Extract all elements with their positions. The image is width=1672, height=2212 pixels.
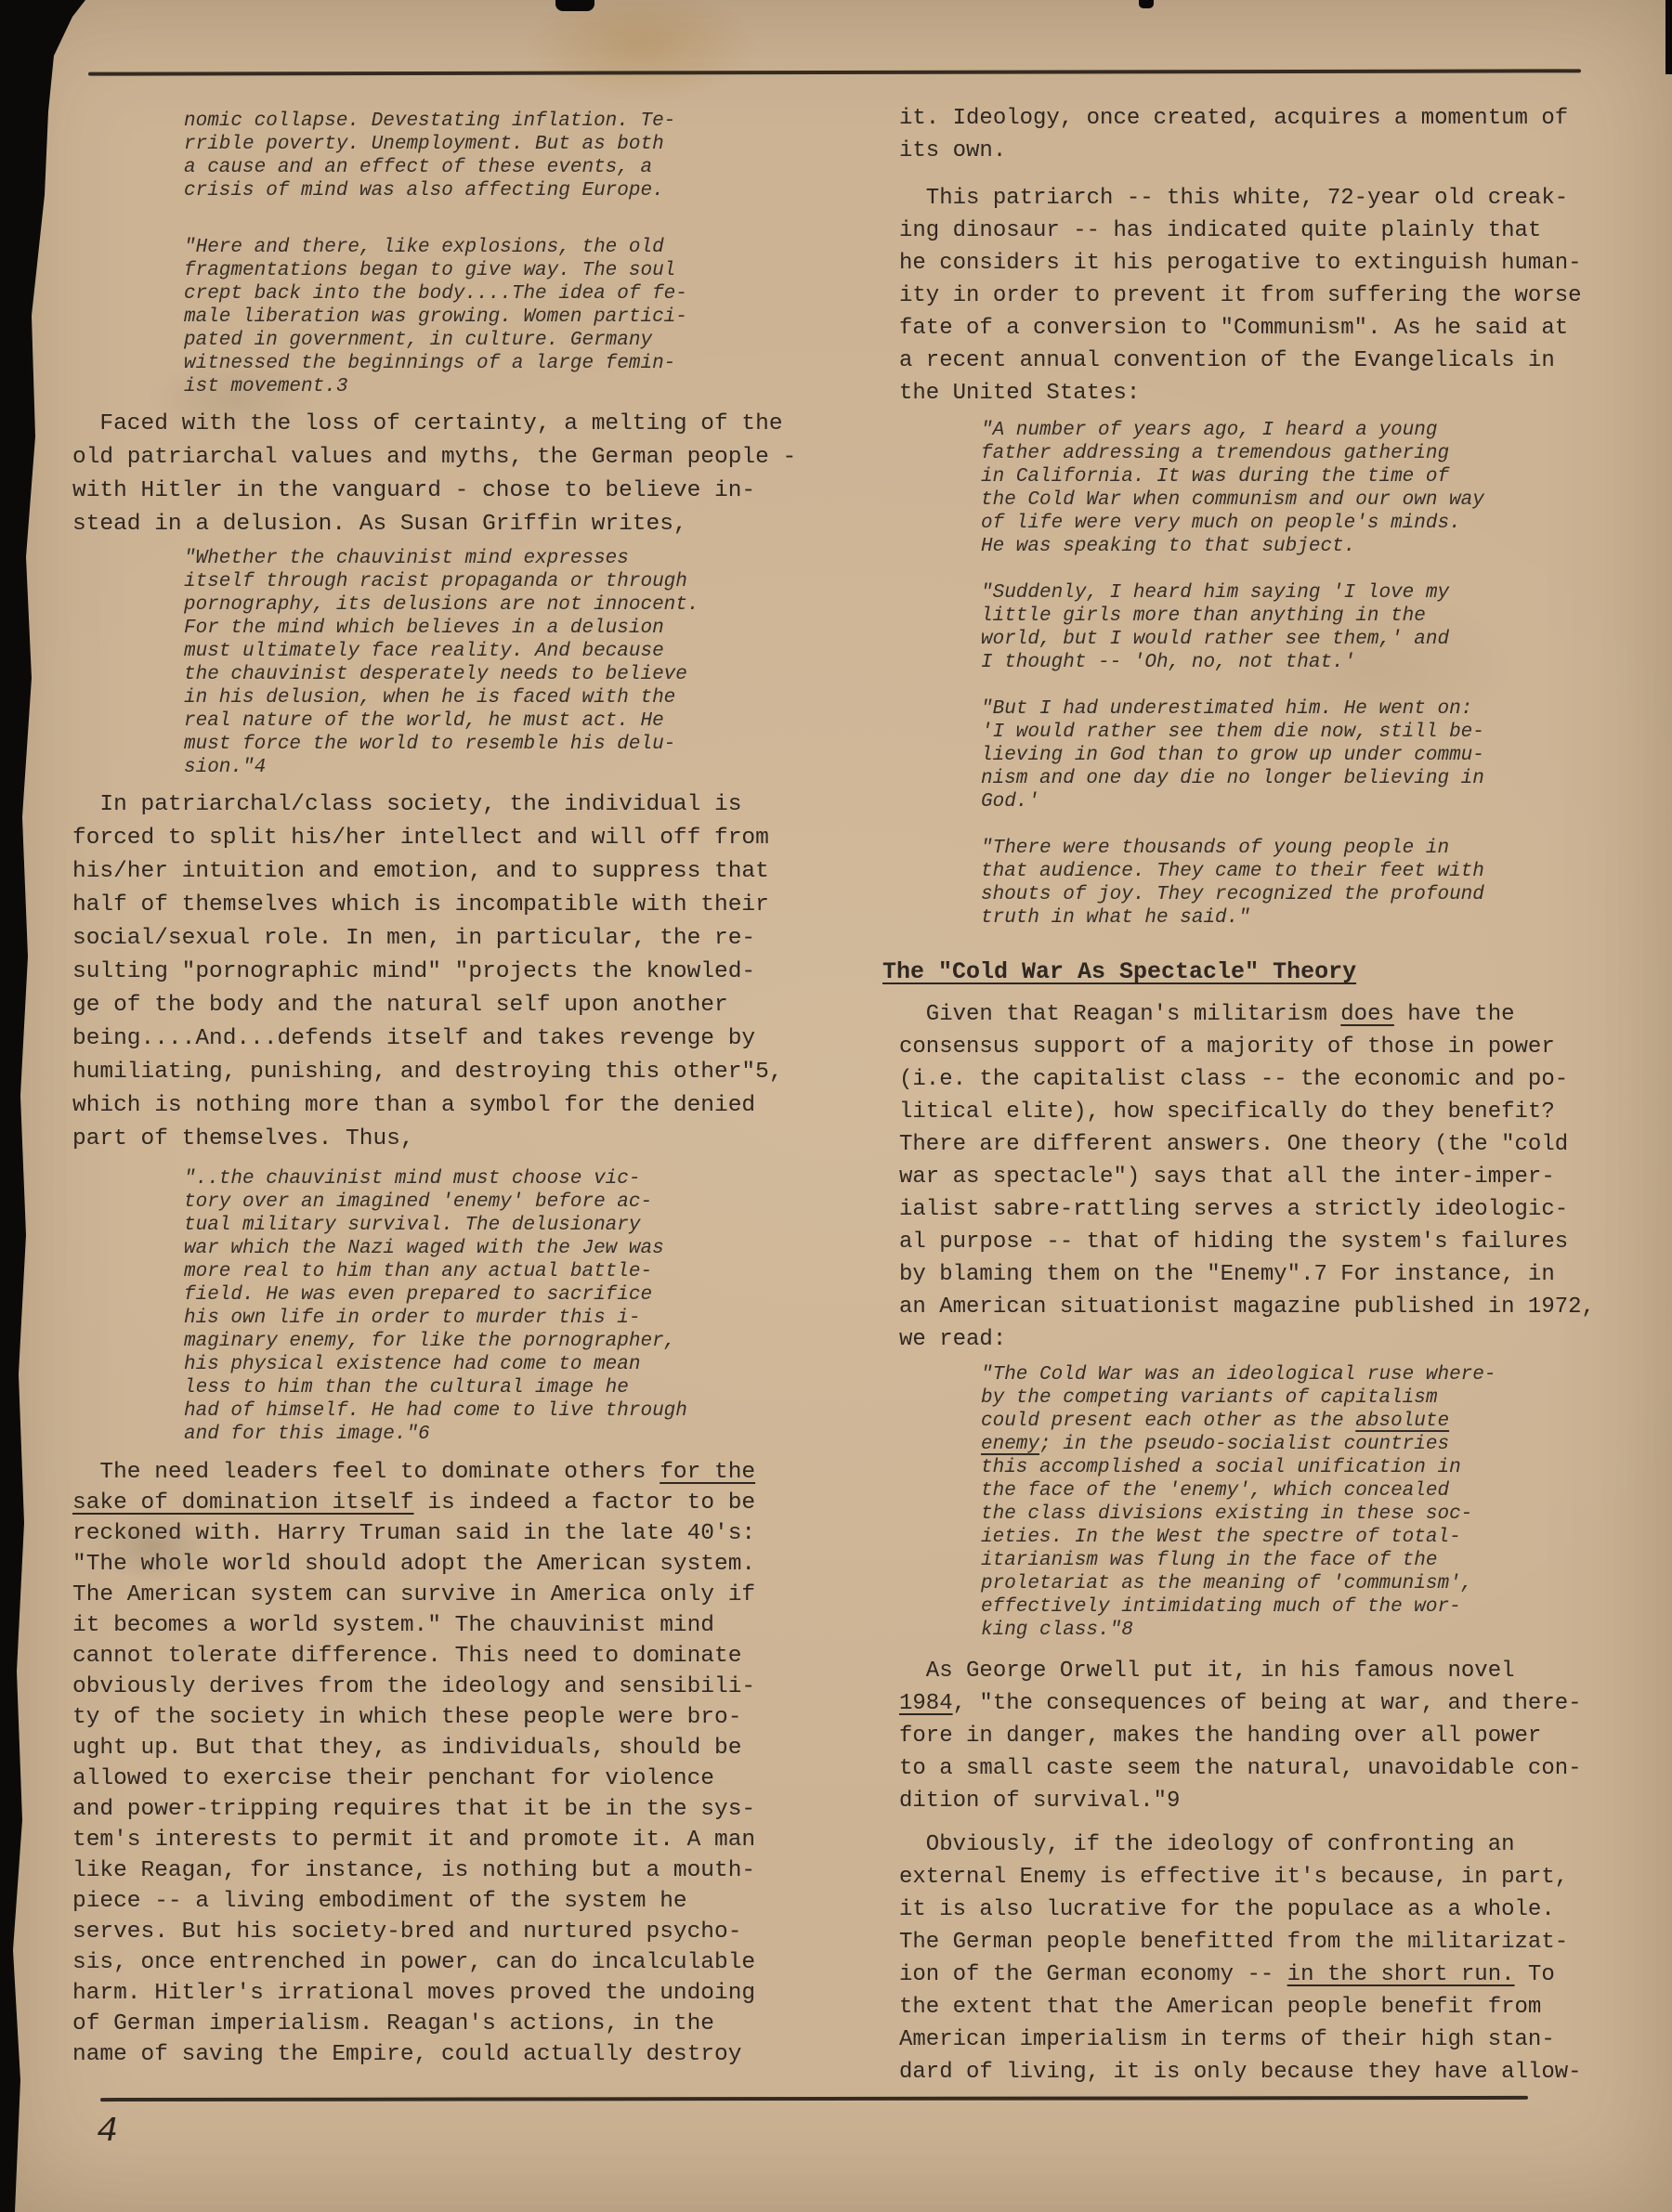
underlined-text: enemy — [981, 1434, 1039, 1455]
text-run: have the consensus support of a majority… — [899, 1002, 1595, 1352]
quote-whether-chauvinist: "Whether the chauvinist mind expresses i… — [184, 547, 827, 779]
scan-artifact-top-mark — [555, 0, 594, 11]
right-column: it. Ideology, once created, acquires a m… — [899, 102, 1619, 2088]
text-run: it. Ideology, once created, acquires a m… — [899, 106, 1568, 163]
underlined-text: The "Cold War As Spectacle" Theory — [882, 958, 1356, 985]
underlined-text: does — [1340, 1002, 1394, 1027]
text-run: "..the chauvinist mind must choose vic- … — [184, 1168, 687, 1445]
page-number: 4 — [97, 2112, 118, 2152]
para-patriarchal-class-society: In patriarchal/class society, the indivi… — [72, 788, 827, 1156]
bottom-rule — [100, 2096, 1528, 2101]
underlined-text: absolute — [1355, 1411, 1449, 1432]
text-run: Faced with the loss of certainty, a melt… — [72, 411, 796, 537]
quote-here-and-there: "Here and there, like explosions, the ol… — [184, 236, 827, 398]
underlined-text: 1984 — [899, 1691, 953, 1716]
text-run: "A number of years ago, I heard a young … — [981, 420, 1484, 929]
underlined-text: for the — [660, 1460, 755, 1485]
scan-artifact-corner-sliver — [1665, 0, 1672, 74]
text-run: "Here and there, like explosions, the ol… — [184, 237, 687, 397]
text-run: In patriarchal/class society, the indivi… — [72, 792, 783, 1152]
underlined-text: sake of domination itself — [72, 1490, 414, 1516]
scan-artifact-top-mark-small — [1139, 0, 1154, 8]
top-rule — [88, 69, 1581, 75]
text-run: As George Orwell put it, in his famous n… — [899, 1659, 1515, 1684]
para-faced-with-loss: Faced with the loss of certainty, a melt… — [72, 408, 827, 541]
text-run: nomic collapse. Devestating inflation. T… — [184, 111, 675, 202]
scanned-page: nomic collapse. Devestating inflation. T… — [0, 0, 1672, 2212]
text-run: This patriarch -- this white, 72-year ol… — [899, 186, 1582, 406]
para-obviously-external-enemy: Obviously, if the ideology of confrontin… — [899, 1828, 1619, 2088]
text-run: ; in the pseudo-socialist countries this… — [981, 1434, 1472, 1641]
text-run: , "the consequences of being at war, and… — [899, 1691, 1582, 1814]
para-need-leaders-dominate: The need leaders feel to dominate others… — [72, 1457, 827, 2070]
text-run: is indeed a factor to be reckoned with. … — [72, 1490, 755, 2067]
section-heading-cold-war-as-spectacle: The "Cold War As Spectacle" Theory — [882, 956, 1619, 989]
text-run: "Whether the chauvinist mind expresses i… — [184, 548, 699, 778]
underlined-text: in the short run. — [1287, 1962, 1515, 1987]
quote-economic-collapse: nomic collapse. Devestating inflation. T… — [184, 110, 827, 202]
quote-chauvinist-mind-victory: "..the chauvinist mind must choose vic- … — [184, 1167, 827, 1446]
quote-evangelicals-speech: "A number of years ago, I heard a young … — [981, 419, 1619, 930]
text-run: Given that Reagan's militarism — [899, 1002, 1340, 1027]
quote-cold-war-ideological-ruse: "The Cold War was an ideological ruse wh… — [981, 1363, 1619, 1642]
para-ideology-momentum: it. Ideology, once created, acquires a m… — [899, 102, 1619, 167]
para-given-reagans-militarism: Given that Reagan's militarism does have… — [899, 998, 1619, 1356]
para-this-patriarch: This patriarch -- this white, 72-year ol… — [899, 182, 1619, 410]
para-george-orwell-1984: As George Orwell put it, in his famous n… — [899, 1655, 1619, 1817]
text-run: The need leaders feel to dominate others — [72, 1460, 660, 1485]
left-column: nomic collapse. Devestating inflation. T… — [72, 110, 827, 2070]
